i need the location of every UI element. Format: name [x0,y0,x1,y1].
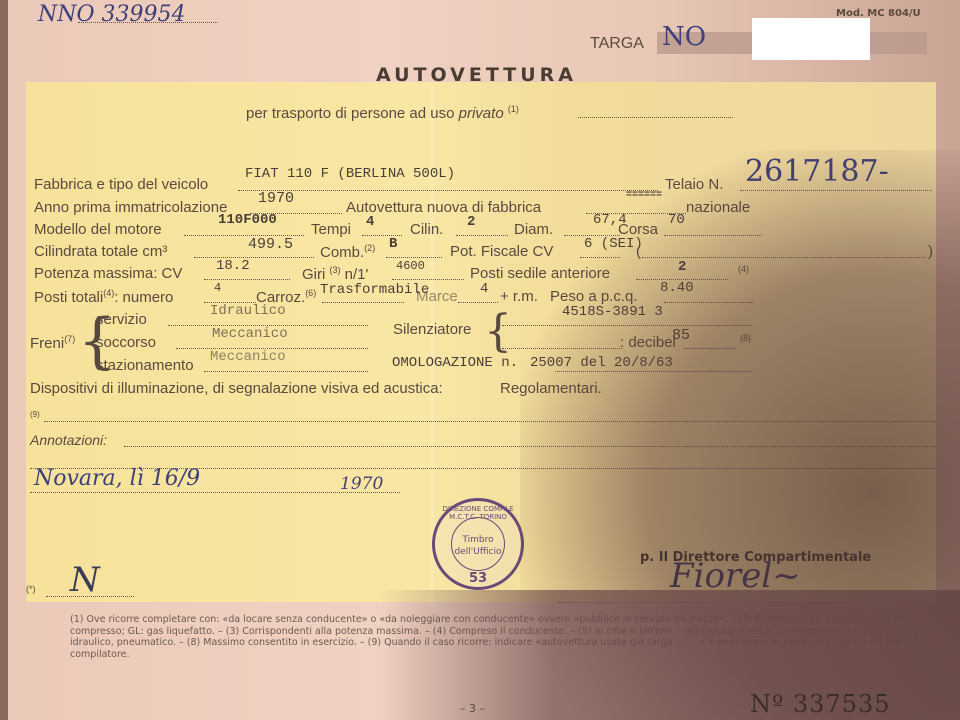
footnotes: (1) Ove ricorre completare con: «da loca… [70,614,950,660]
tempi-label: Tempi [311,221,351,238]
director-signature: Fiorel~ [670,556,801,596]
targa-value: NO [662,22,706,52]
carroz-line [322,302,404,303]
annotazioni-label: Annotazioni: [30,432,107,448]
telaio-line [740,190,932,191]
silenziatore-label: Silenziatore [393,321,471,338]
stazionamento-value: Meccanico [210,349,286,365]
rm-label: + r.m. [500,288,538,305]
modello-label: Modello del motore [34,221,162,238]
soccorso-label: soccorso [96,334,156,351]
decibel-label: : decibel [620,334,676,351]
posti-anteriore-value: 2 [678,259,686,275]
decibel-value: 85 [672,327,690,344]
peso-line [664,302,754,303]
year: 1970 [340,474,383,494]
signature-line [558,602,936,603]
silenziatore-value: 4518S-3891 3 [562,304,663,320]
stazionamento-label: stazionamento [96,357,194,374]
corsa-line [664,235,762,236]
serial-number: Nº 337535 [750,690,891,718]
document-title: AUTOVETTURA [376,64,577,86]
stamp-outer-text: DIREZIONE COMP.LE M.C.T.C. TORINO [435,505,521,521]
ref-line [78,22,218,23]
stamp-line-1: Timbro [435,535,521,545]
fabbrica-label: Fabbrica e tipo del veicolo [34,176,208,193]
giri-value: 4600 [396,259,425,273]
comb-line [386,257,442,258]
stamp-line-2: dell'Ufficio [435,547,521,557]
note-9-line [44,421,936,422]
posti-anteriore-label: Posti sedile anteriore [470,265,610,282]
corsa-value: 70 [668,212,685,228]
compiler-mark: (*) [26,584,36,594]
page-edge [0,0,8,720]
fabbrica-line [238,190,658,191]
nazionale-label: nazionale [686,199,750,216]
decibel-note: (8) [740,333,751,343]
silenziatore-line-2 [502,348,622,349]
compiler-initial: N [70,560,100,600]
omologazione-line [555,371,752,372]
potenza-label: Potenza massima: CV [34,265,182,282]
office-stamp: DIREZIONE COMP.LE M.C.T.C. TORINO Timbro… [432,498,524,590]
diam-label: Diam. [514,221,553,238]
stamp-number: 53 [435,571,521,586]
tempi-value: 4 [366,214,374,230]
peso-label: Peso a p.c.q. [550,288,638,305]
dispositivi-label: Dispositivi di illuminazione, di segnala… [30,380,443,397]
fiscale-line [580,257,620,258]
peso-value: 8.40 [660,280,694,296]
comb-value: B [389,236,397,252]
giri-label: Giri (3) n/1' [302,265,368,283]
cilin-line [456,235,508,236]
targa-label: TARGA [590,35,644,53]
fiscale-label: Pot. Fiscale CV [450,243,553,260]
uso-line [578,117,733,118]
redaction-box [752,18,870,60]
potenza-line [204,279,290,280]
place-date: Novara, lì 16/9 [34,466,200,491]
servizio-label: servizio [96,311,147,328]
servizio-value: Idraulico [210,303,286,319]
giri-line [392,279,464,280]
cilindrata-label: Cilindrata totale cm³ [34,243,167,260]
stazionamento-line [204,371,368,372]
silenziatore-line [502,325,752,326]
soccorso-value: Meccanico [212,326,288,342]
comb-label: Comb.(2) [320,243,375,261]
fold-line [430,86,434,606]
decibel-line [684,348,736,349]
telaio-label: Telaio N. [665,176,723,193]
telaio-value: 2617187- [745,154,889,189]
fiscale-letters-line [642,257,926,258]
freni-label: Freni(7) [30,334,75,352]
marce-value: 4 [480,281,488,297]
cilin-label: Cilin. [410,221,443,238]
document-page: NNO 339954 Mod. MC 804/U TARGA NO AUTOVE… [0,0,960,720]
anno-label: Anno prima immatricolazione [34,199,227,216]
fiscale-value: 6 (SEI) [584,236,643,252]
posti-anteriore-note: (4) [738,264,749,274]
nuova-value: ====== [626,190,662,201]
carroz-value: Trasformabile [320,282,429,298]
omologazione-label: OMOLOGAZIONE n. [392,355,518,371]
cilindrata-line [194,257,314,258]
fabbrica-value: FIAT 110 F (BERLINA 500L) [245,166,455,182]
page-number: – 3 – [460,702,485,715]
nuova-label: Autovettura nuova di fabbrica [346,199,541,216]
silenziatore-brace: { [484,306,512,357]
numero-value: 4 [214,281,221,295]
dispositivi-value: Regolamentari. [500,380,602,397]
annotazioni-line [124,446,936,447]
omologazione-value: 25007 del 20/8/63 [530,355,673,371]
cilin-value: 2 [467,214,475,230]
cilindrata-value: 499.5 [248,236,293,253]
potenza-value: 18.2 [216,258,250,274]
handwritten-ref: NNO 339954 [38,2,186,27]
anno-value: 1970 [258,190,294,207]
marce-label: Marce [416,288,458,305]
posti-totali-label: Posti totali(4): numero [34,288,173,306]
modello-value: 110F000 [218,212,277,228]
note-9: (9) [30,410,40,419]
subtitle: per trasporto di persone ad uso privato … [246,104,519,122]
marce-line [458,302,498,303]
